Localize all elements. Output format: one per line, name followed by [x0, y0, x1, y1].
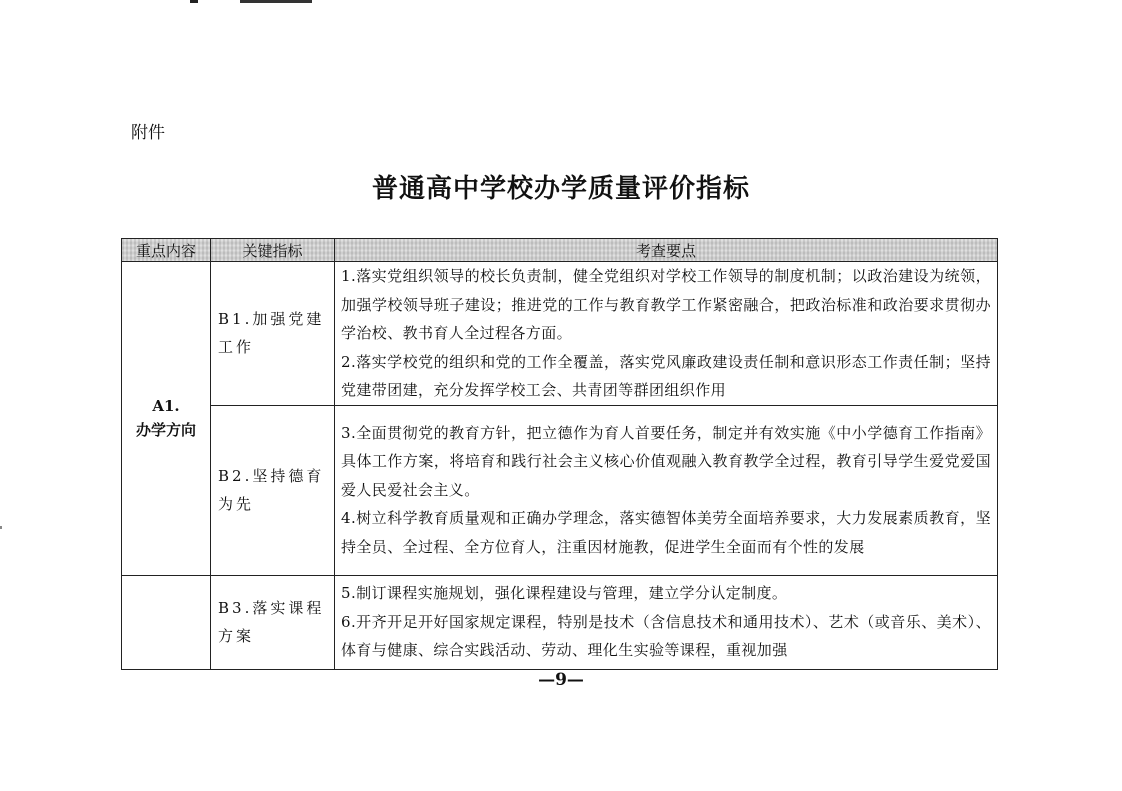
attachment-label: 附件: [131, 118, 165, 143]
review-points-b3: 5.制订课程实施规划，强化课程建设与管理，建立学分认定制度。 6.开齐开足开好国…: [335, 575, 998, 669]
review-point: 2.落实学校党的组织和党的工作全覆盖，落实党风廉政建设责任制和意识形态工作责任制…: [341, 348, 991, 405]
scan-artifact-edge: [0, 526, 2, 529]
table-row: B2.坚持德育为先 3.全面贯彻党的教育方针，把立德作为育人首要任务，制定并有效…: [122, 405, 998, 575]
focus-name: 办学方向: [123, 418, 209, 442]
table-header-row: 重点内容 关键指标 考查要点: [122, 239, 998, 262]
review-point: 1.落实党组织领导的校长负责制，健全党组织对学校工作领导的制度机制；以政治建设为…: [341, 262, 991, 348]
review-points-b1: 1.落实党组织领导的校长负责制，健全党组织对学校工作领导的制度机制；以政治建设为…: [335, 262, 998, 406]
review-point: 4.树立科学教育质量观和正确办学理念，落实德智体美劳全面培养要求，大力发展素质教…: [341, 504, 991, 561]
column-header-key-indicator: 关键指标: [211, 239, 335, 262]
scan-artifact-top: [190, 0, 320, 4]
column-header-focus: 重点内容: [122, 239, 211, 262]
page-number: —9—: [0, 670, 1122, 690]
table-row: B3.落实课程方案 5.制订课程实施规划，强化课程建设与管理，建立学分认定制度。…: [122, 575, 998, 669]
key-indicator-b1: B1.加强党建工作: [211, 262, 335, 406]
column-header-review-points: 考查要点: [335, 239, 998, 262]
focus-cell-a1: A1. 办学方向: [122, 262, 211, 576]
evaluation-table: 重点内容 关键指标 考查要点 A1. 办学方向 B1.加强党建工作 1.落实党组…: [121, 238, 998, 670]
table-row: A1. 办学方向 B1.加强党建工作 1.落实党组织领导的校长负责制，健全党组织…: [122, 262, 998, 406]
document-title: 普通高中学校办学质量评价指标: [0, 168, 1122, 205]
key-indicator-b3: B3.落实课程方案: [211, 575, 335, 669]
review-point: 6.开齐开足开好国家规定课程，特别是技术（含信息技术和通用技术）、艺术（或音乐、…: [341, 608, 991, 665]
key-indicator-b2: B2.坚持德育为先: [211, 405, 335, 575]
focus-code: A1.: [123, 394, 209, 418]
review-points-b2: 3.全面贯彻党的教育方针，把立德作为育人首要任务，制定并有效实施《中小学德育工作…: [335, 405, 998, 575]
focus-cell-empty: [122, 575, 211, 669]
review-point: 5.制订课程实施规划，强化课程建设与管理，建立学分认定制度。: [341, 579, 991, 608]
review-point: 3.全面贯彻党的教育方针，把立德作为育人首要任务，制定并有效实施《中小学德育工作…: [341, 419, 991, 505]
